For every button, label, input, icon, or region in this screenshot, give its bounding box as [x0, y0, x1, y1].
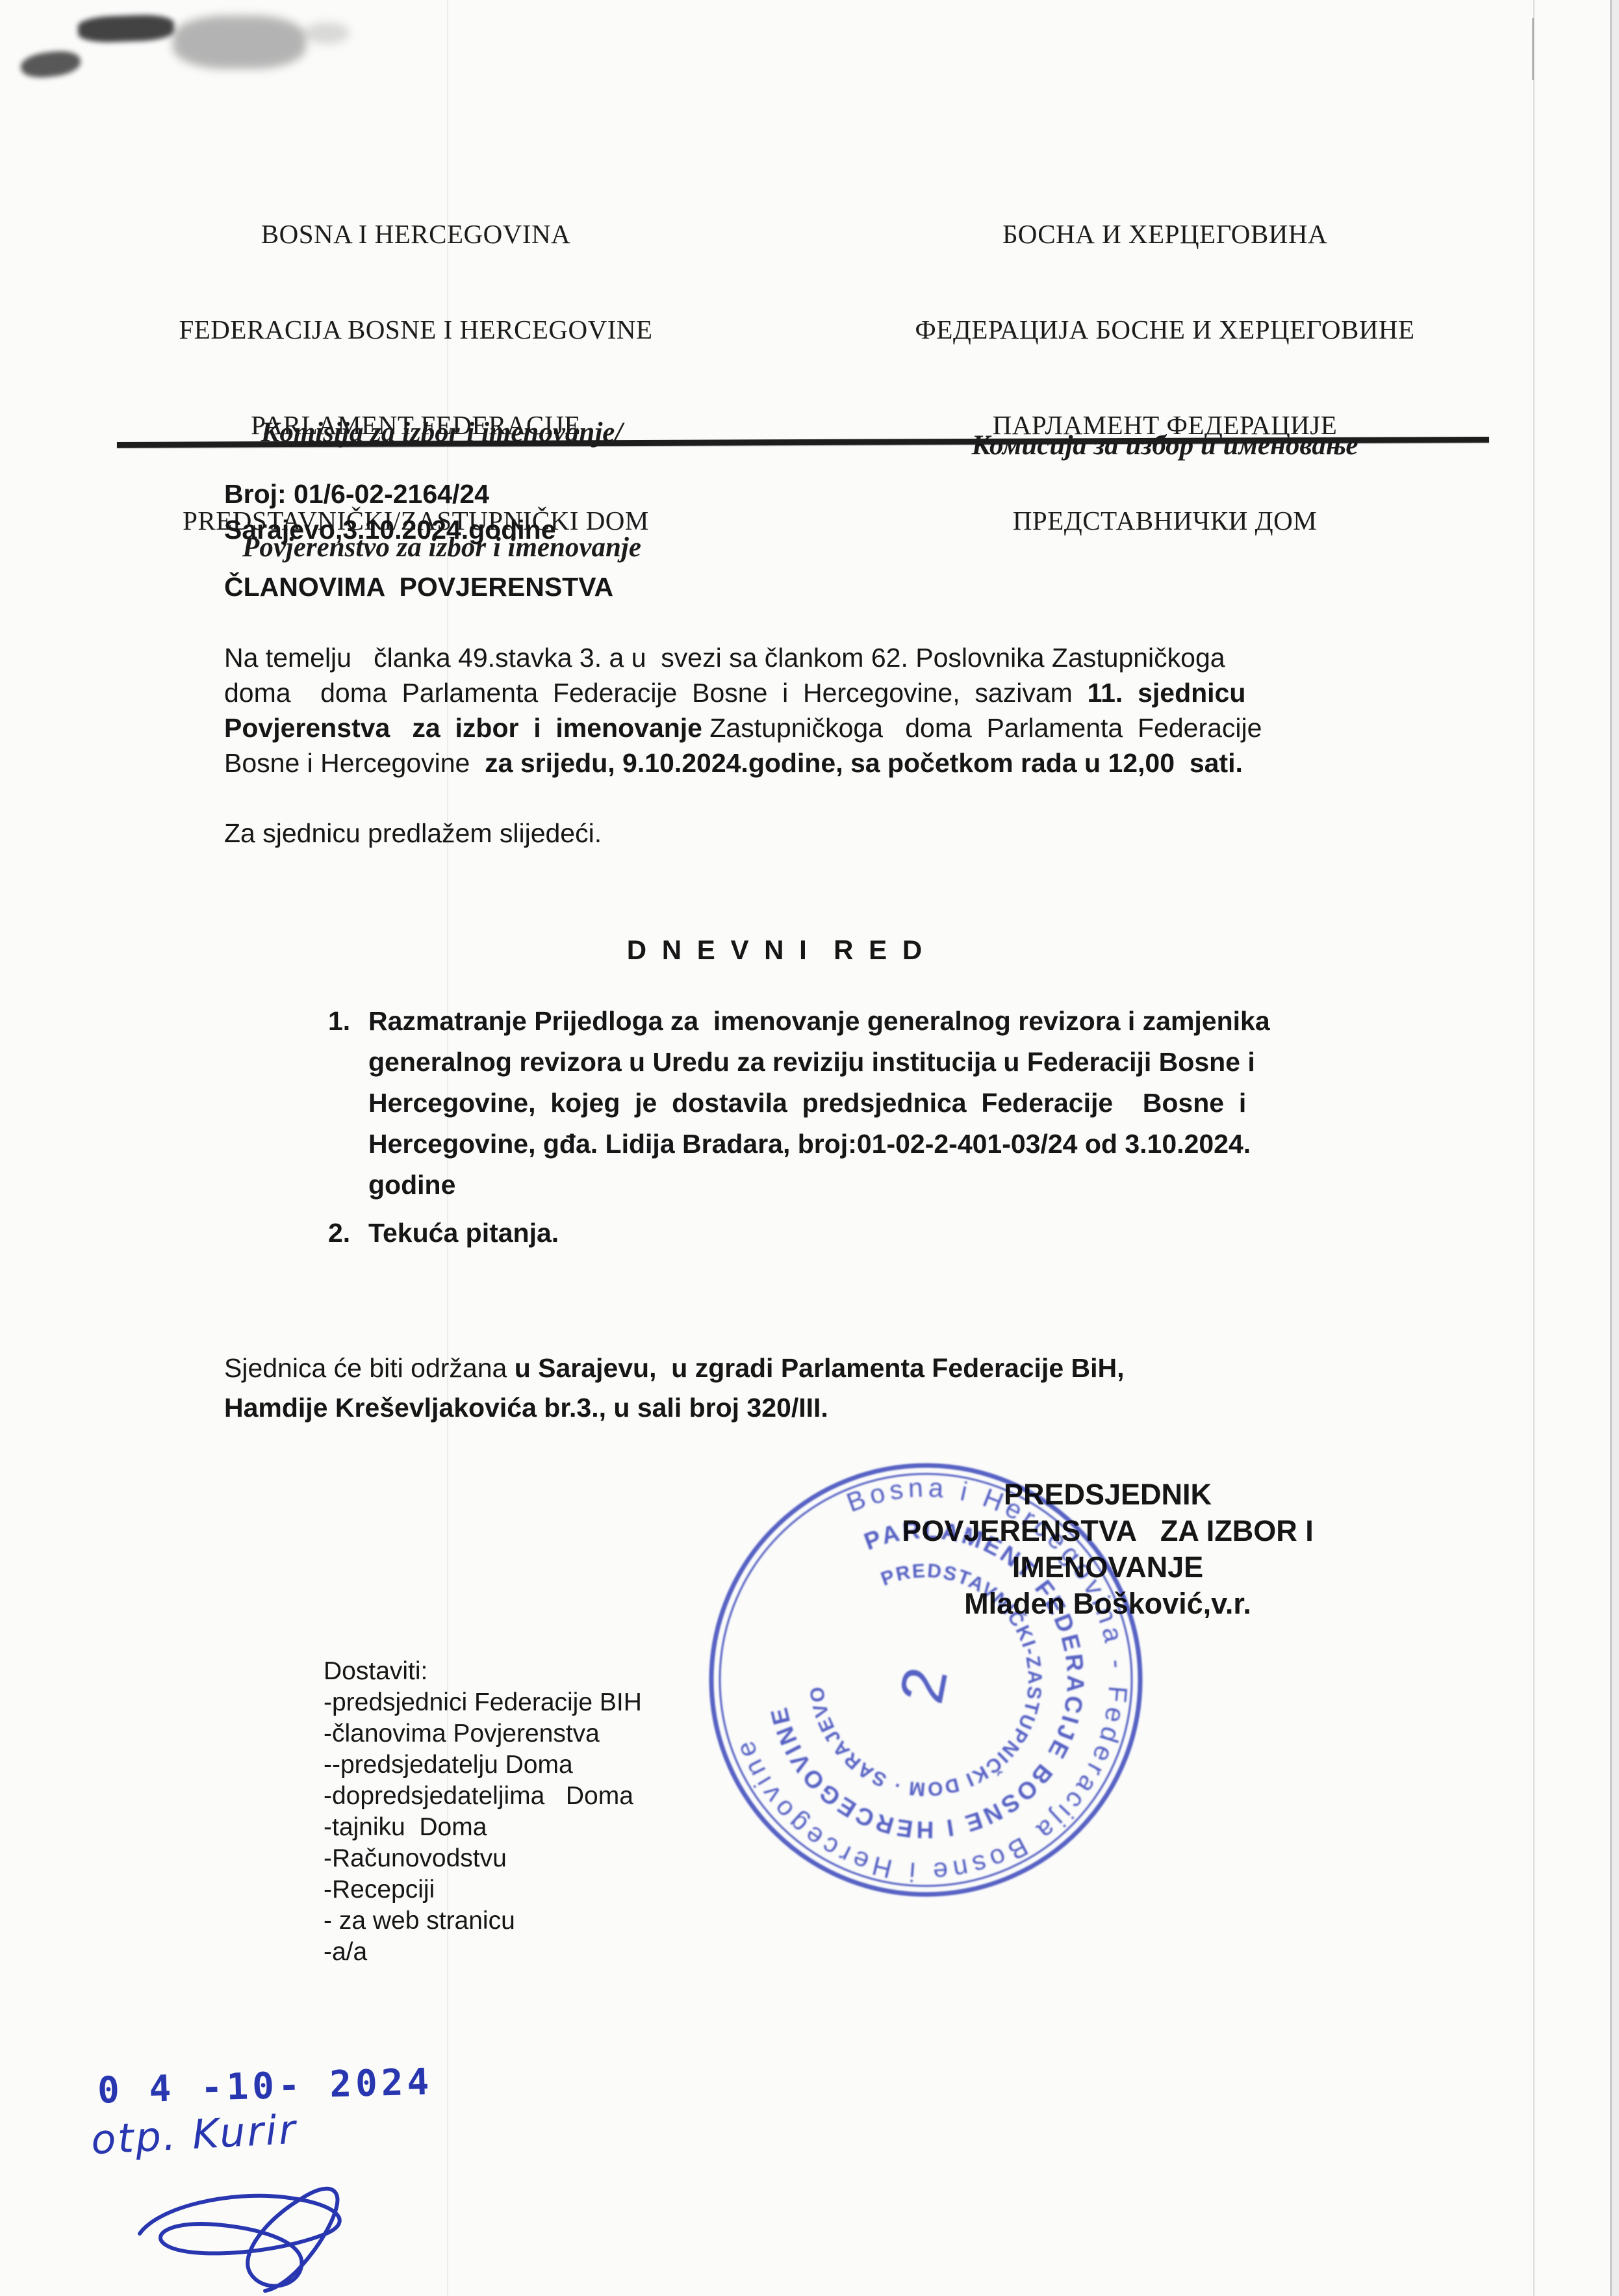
agenda-item-line: Hercegovine, kojeg je dostavila predsjed… — [368, 1083, 1270, 1124]
scan-streak — [1533, 0, 1535, 2296]
letterhead-left-line: BOSNA I HERCEGOVINA — [123, 218, 708, 250]
agenda-item-number: 2. — [328, 1213, 368, 1254]
addressee-line: ČLANOVIMA POVJERENSTVA — [224, 572, 613, 602]
scan-streak-dark — [1532, 18, 1534, 80]
handwritten-signature — [130, 2161, 383, 2294]
intro-line: Na temelju članka 49.stavka 3. a u svezi… — [224, 640, 1433, 675]
received-date-stamp: 0 4 -10- 2024 — [97, 2061, 433, 2111]
distribution-item: -članovima Povjerenstva — [324, 1718, 642, 1749]
distribution-item: -a/a — [324, 1937, 642, 1968]
reference-block: Broj: 01/6-02-2164/24 Sarajevo,3.10.2024… — [224, 476, 556, 548]
agenda-item-line: godine — [368, 1165, 1270, 1206]
page-edge-shade — [1612, 0, 1619, 2296]
handwritten-courier-note: otp. Kurir — [90, 2106, 298, 2164]
document-number: Broj: 01/6-02-2164/24 — [224, 476, 556, 512]
distribution-list: Dostaviti: -predsjednici Federacije BIH … — [324, 1656, 642, 1968]
scan-artifact-blob — [77, 14, 174, 43]
intro-line: Bosne i Hercegovine za srijedu, 9.10.202… — [224, 745, 1433, 780]
scanned-document-page: BOSNA I HERCEGOVINA FEDERACIJA BOSNE I H… — [0, 0, 1619, 2296]
distribution-item: -predsjednici Federacije BIH — [324, 1687, 642, 1718]
agenda-item-line: Razmatranje Prijedloga za imenovanje gen… — [368, 1001, 1270, 1042]
intro-paragraph: Na temelju članka 49.stavka 3. a u svezi… — [224, 640, 1433, 780]
agenda-item-line: Tekuća pitanja. — [368, 1213, 559, 1254]
agenda-item-line: Hercegovine, gđa. Lidija Bradara, broj:0… — [368, 1124, 1270, 1165]
agenda-item-line: generalnog revizora u Uredu za reviziju … — [368, 1042, 1270, 1083]
letterhead-right-line: БОСНА И ХЕРЦЕГОВИНА — [873, 218, 1457, 250]
agenda-item-number: 1. — [328, 1001, 368, 1206]
distribution-item: -tajniku Doma — [324, 1812, 642, 1843]
session-location: Sjednica će biti održana u Sarajevu, u z… — [224, 1348, 1125, 1428]
agenda-title: D N E V N I R E D — [224, 935, 1329, 966]
intro-line: doma doma Parlamenta Federacije Bosne i … — [224, 675, 1433, 710]
scan-artifact-blob — [304, 22, 350, 44]
intro-line: Povjerenstva za izbor i imenovanje Zastu… — [224, 710, 1433, 745]
scan-artifact-blob — [173, 16, 306, 69]
stamp-center-number: 2 — [887, 1662, 961, 1709]
place-date: Sarajevo,3.10.2024.godine — [224, 512, 556, 548]
distribution-item: -Računovodstvu — [324, 1843, 642, 1874]
location-line: Hamdije Kreševljakovića br.3., u sali br… — [224, 1388, 1125, 1428]
letterhead-right-line: ФЕДЕРАЦИЈА БОСНЕ И ХЕРЦЕГОВИНЕ — [873, 314, 1457, 346]
agenda-item-2: 2. Tekuća pitanja. — [328, 1213, 559, 1254]
committee-line: Комисија за избор и именовање — [905, 426, 1425, 465]
agenda-item-1: 1. Razmatranje Prijedloga za imenovanje … — [328, 1001, 1270, 1206]
committee-name-cyrillic: Комисија за избор и именовање — [905, 350, 1425, 541]
distribution-item: -Recepciji — [324, 1874, 642, 1905]
distribution-title: Dostaviti: — [324, 1656, 642, 1687]
distribution-item: --predsjedatelju Doma — [324, 1749, 642, 1781]
distribution-item: -dopredsjedateljima Doma — [324, 1781, 642, 1812]
official-round-stamp: Bosna i Hercegovina - Federacija Bosne i… — [702, 1456, 1150, 1904]
distribution-item: - za web stranicu — [324, 1905, 642, 1937]
location-line: Sjednica će biti održana u Sarajevu, u z… — [224, 1348, 1125, 1388]
scan-artifact-blob — [19, 49, 82, 81]
proposal-line: Za sjednicu predlažem slijedeći. — [224, 816, 602, 851]
